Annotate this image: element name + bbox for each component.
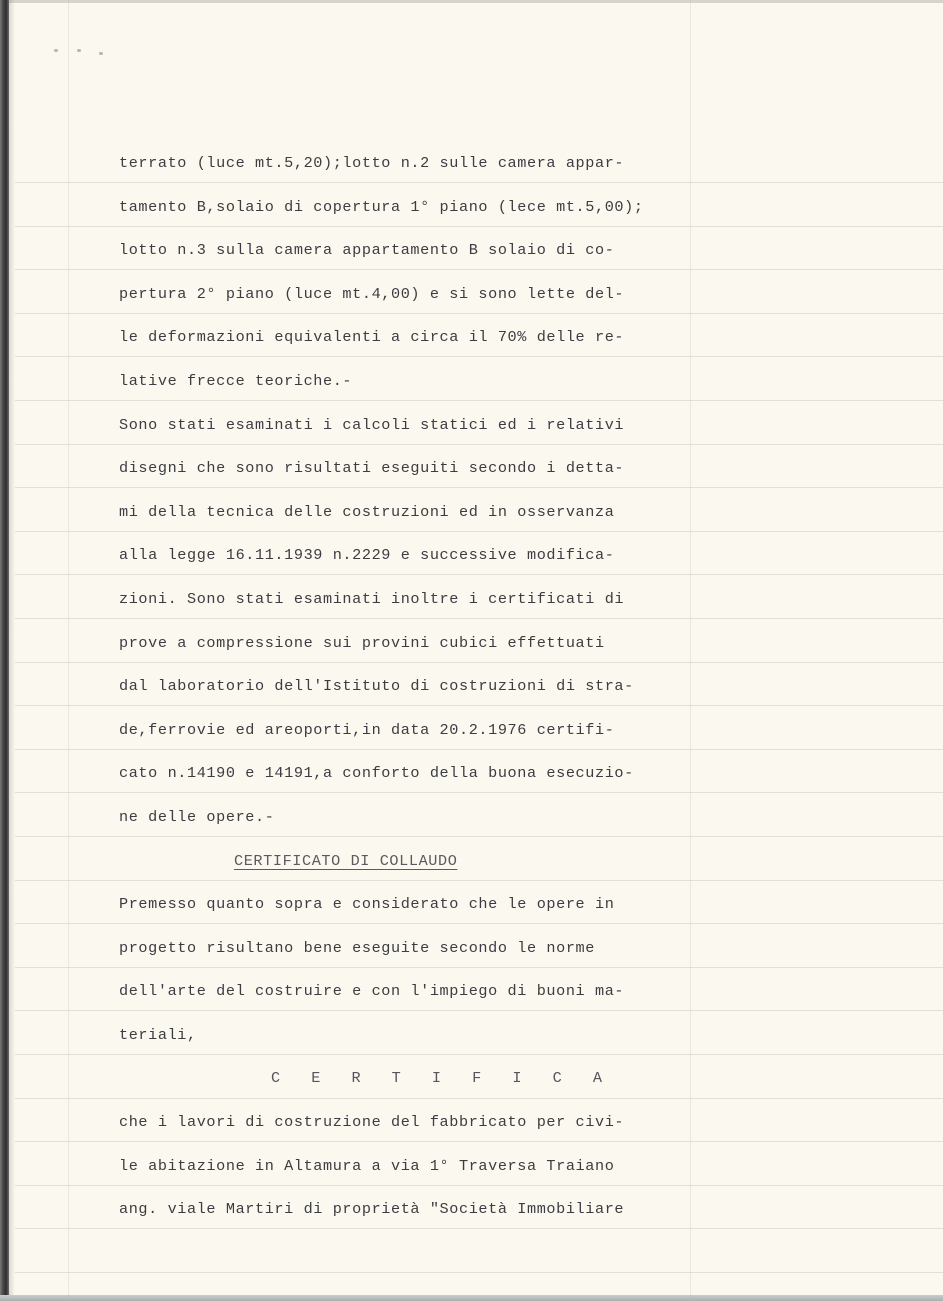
left-binding-edge — [0, 0, 9, 1301]
text-line: le deformazioni equivalenti a circa il 7… — [119, 322, 739, 366]
text-line: tamento B,solaio di copertura 1° piano (… — [119, 192, 739, 236]
text-line: teriali, — [119, 1020, 739, 1064]
text-line: zioni. Sono stati esaminati inoltre i ce… — [119, 584, 739, 628]
text-line: dell'arte del costruire e con l'impiego … — [119, 976, 739, 1020]
margin-line-left — [68, 0, 69, 1301]
text-line: prove a compressione sui provini cubici … — [119, 628, 739, 672]
text-line: disegni che sono risultati eseguiti seco… — [119, 453, 739, 497]
scanned-page: terrato (luce mt.5,20);lotto n.2 sulle c… — [0, 0, 943, 1301]
text-line: dal laboratorio dell'Istituto di costruz… — [119, 671, 739, 715]
text-line: terrato (luce mt.5,20);lotto n.2 sulle c… — [119, 148, 739, 192]
text-line: Premesso quanto sopra e considerato che … — [119, 889, 739, 933]
ink-smudge — [77, 49, 81, 52]
text-line: pertura 2° piano (luce mt.4,00) e si son… — [119, 279, 739, 323]
page-top-edge — [0, 0, 943, 3]
text-line: progetto risultano bene eseguite secondo… — [119, 933, 739, 977]
text-line: le abitazione in Altamura a via 1° Trave… — [119, 1151, 739, 1195]
ink-smudge — [99, 52, 103, 55]
certifica-heading: C E R T I F I C A — [119, 1063, 739, 1107]
text-line: lotto n.3 sulla camera appartamento B so… — [119, 235, 739, 279]
typewritten-text: terrato (luce mt.5,20);lotto n.2 sulle c… — [119, 148, 739, 1238]
section-heading-text: CERTIFICATO DI COLLAUDO — [234, 852, 457, 870]
text-line: cato n.14190 e 14191,a conforto della bu… — [119, 758, 739, 802]
text-line: mi della tecnica delle costruzioni ed in… — [119, 497, 739, 541]
text-line: Sono stati esaminati i calcoli statici e… — [119, 410, 739, 454]
text-line: lative frecce teoriche.- — [119, 366, 739, 410]
binding-shadow — [9, 0, 15, 1301]
ruled-line — [15, 1272, 943, 1273]
text-line: che i lavori di costruzione del fabbrica… — [119, 1107, 739, 1151]
section-heading: CERTIFICATO DI COLLAUDO — [119, 846, 739, 890]
page-bottom-edge — [0, 1295, 943, 1301]
text-line: alla legge 16.11.1939 n.2229 e successiv… — [119, 540, 739, 584]
text-line: ne delle opere.- — [119, 802, 739, 846]
text-line: de,ferrovie ed areoporti,in data 20.2.19… — [119, 715, 739, 759]
text-line: ang. viale Martiri di proprietà "Società… — [119, 1194, 739, 1238]
ink-smudge — [54, 49, 58, 52]
